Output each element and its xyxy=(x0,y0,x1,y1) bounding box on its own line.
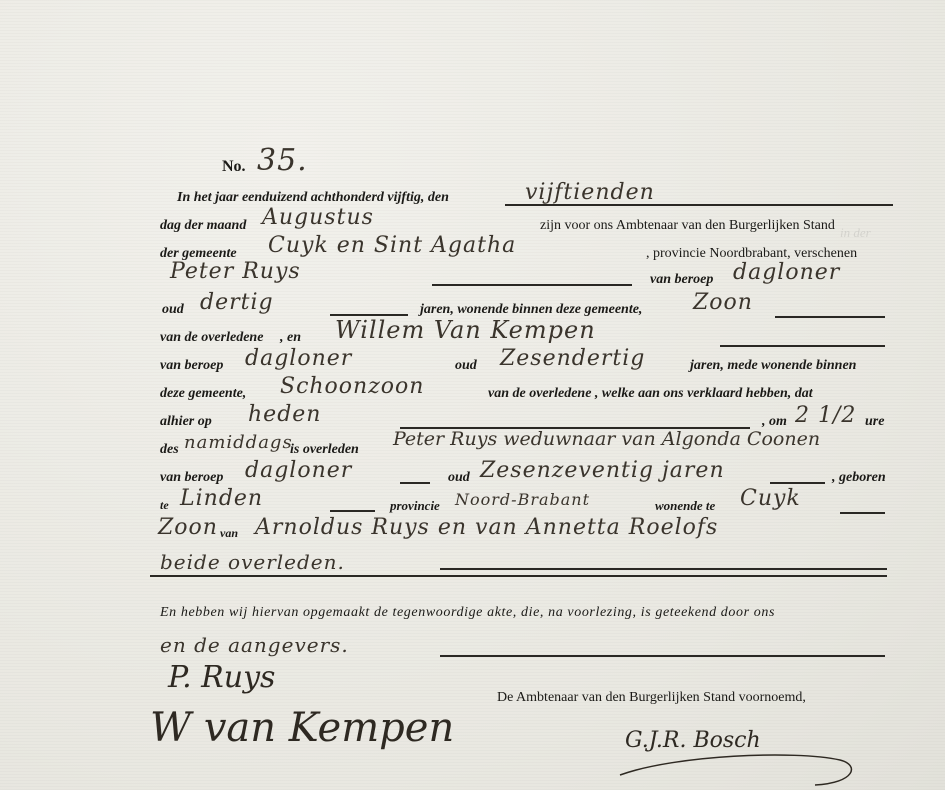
handwritten-occupation: dagloner xyxy=(733,260,840,285)
handwritten-occupation: dagloner xyxy=(245,458,352,483)
handwritten-day: vijftienden xyxy=(525,180,655,205)
signature-w-van-kempen: W van Kempen xyxy=(150,705,454,751)
handwritten-occupation: dagloner xyxy=(245,346,352,371)
fill-line xyxy=(440,568,887,570)
fill-line xyxy=(432,284,632,286)
handwritten-time-of-day: namiddags xyxy=(184,432,293,453)
handwritten-time: 2 1/2 xyxy=(795,403,856,428)
handwritten-birthplace: Linden xyxy=(180,486,263,511)
handwritten-relation: Zoon xyxy=(693,290,753,315)
handwritten-municipality: Cuyk en Sint Agatha xyxy=(268,233,516,258)
handwritten-deceased-name: Peter Ruys weduwnaar van Algonda Coonen xyxy=(393,428,820,450)
printed-text: is overleden xyxy=(290,442,359,458)
fill-line xyxy=(330,510,375,512)
handwritten-declarant-1-name: Peter Ruys xyxy=(170,259,301,284)
closing-printed-text: En hebben wij hiervan opgemaakt de tegen… xyxy=(160,605,775,621)
printed-text: , geboren xyxy=(832,470,886,486)
printed-text: provincie xyxy=(390,498,440,514)
printed-text: oud xyxy=(162,302,184,318)
printed-text: zijn voor ons Ambtenaar van den Burgerli… xyxy=(540,218,835,234)
printed-text: oud xyxy=(455,358,477,374)
signature-p-ruys: P. Ruys xyxy=(168,660,275,695)
fill-line xyxy=(770,482,825,484)
printed-text: jaren, mede wonende binnen xyxy=(690,358,856,374)
printed-text: , en xyxy=(280,330,301,346)
printed-text: van beroep xyxy=(650,272,713,288)
document-page: in der No. 35. In het jaar eenduizend ac… xyxy=(0,0,945,790)
fill-line xyxy=(505,204,893,206)
printed-text: des xyxy=(160,442,179,458)
handwritten-province: Noord-Brabant xyxy=(455,490,590,509)
handwritten-relation: Zoon xyxy=(158,515,218,540)
printed-text: te xyxy=(160,498,169,513)
handwritten-declarant-2-name: Willem Van Kempen xyxy=(335,316,596,344)
handwritten-age: Zesendertig xyxy=(500,346,645,371)
bleed-through-text: in der xyxy=(840,225,871,241)
printed-text: oud xyxy=(448,470,470,486)
printed-text: van beroep xyxy=(160,470,223,486)
handwritten-relation: Schoonzoon xyxy=(280,374,424,399)
printed-text: wonende te xyxy=(655,498,715,514)
record-number-value: 35. xyxy=(257,143,308,178)
handwritten-age: Zesenzeventig jaren xyxy=(480,458,725,483)
handwritten-parents: Arnoldus Ruys en van Annetta Roelofs xyxy=(255,515,718,540)
fill-line xyxy=(150,575,887,577)
printed-text: deze gemeente, xyxy=(160,386,246,402)
closing-handwritten-text: en de aangevers. xyxy=(160,633,349,657)
handwritten-month: Augustus xyxy=(262,205,374,230)
record-number-label: No. xyxy=(222,158,246,176)
printed-text: alhier op xyxy=(160,414,212,430)
fill-line xyxy=(400,482,430,484)
handwritten-residence: Cuyk xyxy=(740,486,801,511)
printed-text: van de overledene xyxy=(160,330,263,346)
handwritten-note: beide overleden. xyxy=(160,550,345,574)
handwritten-date-of-death: heden xyxy=(248,402,321,427)
printed-text: van de overledene , welke aan ons verkla… xyxy=(488,386,813,402)
fill-line xyxy=(775,316,885,318)
printed-text: dag der maand xyxy=(160,218,246,234)
fill-line xyxy=(440,655,885,657)
printed-text: ure xyxy=(865,414,884,430)
fill-line xyxy=(720,345,885,347)
signature-flourish xyxy=(615,745,865,790)
printed-text: van xyxy=(220,526,238,541)
official-label: De Ambtenaar van den Burgerlijken Stand … xyxy=(497,690,806,706)
printed-text: In het jaar eenduizend achthonderd vijft… xyxy=(177,190,449,206)
fill-line xyxy=(840,512,885,514)
handwritten-age: dertig xyxy=(200,290,274,315)
printed-text: van beroep xyxy=(160,358,223,374)
